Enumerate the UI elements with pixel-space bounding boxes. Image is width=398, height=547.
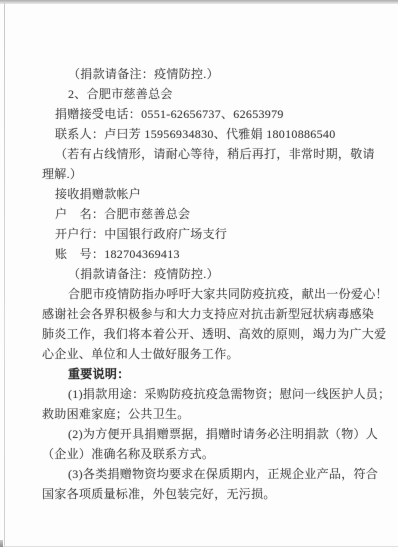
document-page: （捐款请备注：疫情防控.）2、合肥市慈善总会捐赠接受电话：0551-626567… xyxy=(0,0,398,547)
text-line: 2、合肥市慈善总会 xyxy=(42,84,382,104)
text-line: 户 名：合肥市慈善总会 xyxy=(42,204,382,224)
text-line: （捐款请备注：疫情防控.） xyxy=(42,64,382,84)
text-line: （企业）准确名称及联系方式。 xyxy=(42,444,382,464)
document-content: （捐款请备注：疫情防控.）2、合肥市慈善总会捐赠接受电话：0551-626567… xyxy=(42,64,382,504)
text-line: 理解.） xyxy=(42,164,382,184)
text-line: 账 号：182704369413 xyxy=(42,244,382,264)
text-line: (2)为方便开具捐赠票据，捐赠时请务必注明捐款（物）人 xyxy=(42,424,382,444)
text-line: 接收捐赠款帐户 xyxy=(42,184,382,204)
text-line: 肺炎工作，我们将本着公开、透明、高效的原则，竭力为广大爱 xyxy=(42,324,382,344)
text-line: (3)各类捐赠物资均要求在保质期内，正规企业产品，符合 xyxy=(42,464,382,484)
text-line: 感谢社会各界积极参与和大力支持应对抗击新型冠状病毒感染 xyxy=(42,304,382,324)
text-line: （捐款请备注：疫情防控.） xyxy=(42,264,382,284)
text-line: 救助困难家庭；公共卫生。 xyxy=(42,404,382,424)
text-line: 合肥市疫情防指办呼吁大家共同防疫抗疫，献出一份爱心！ xyxy=(42,284,382,304)
text-line: 捐赠接受电话：0551-62656737、62653979 xyxy=(42,104,382,124)
text-line: (1)捐款用途：采购防疫抗疫急需物资；慰问一线医护人员； xyxy=(42,384,382,404)
page-left-edge xyxy=(4,3,5,547)
page-top-edge xyxy=(0,0,398,4)
text-line: 心企业、单位和人士做好服务工作。 xyxy=(42,344,382,364)
page-corner-smudge xyxy=(0,540,3,547)
text-line: （若有占线情形，请耐心等待，稍后再打，非常时期，敬请 xyxy=(42,144,382,164)
text-line: 重要说明： xyxy=(42,364,382,384)
text-line: 开户行：中国银行政府广场支行 xyxy=(42,224,382,244)
text-line: 联系人：卢曰芳 15956934830、代雅娟 18010886540 xyxy=(42,124,382,144)
text-line: 国家各项质量标准，外包装完好，无污损。 xyxy=(42,484,382,504)
